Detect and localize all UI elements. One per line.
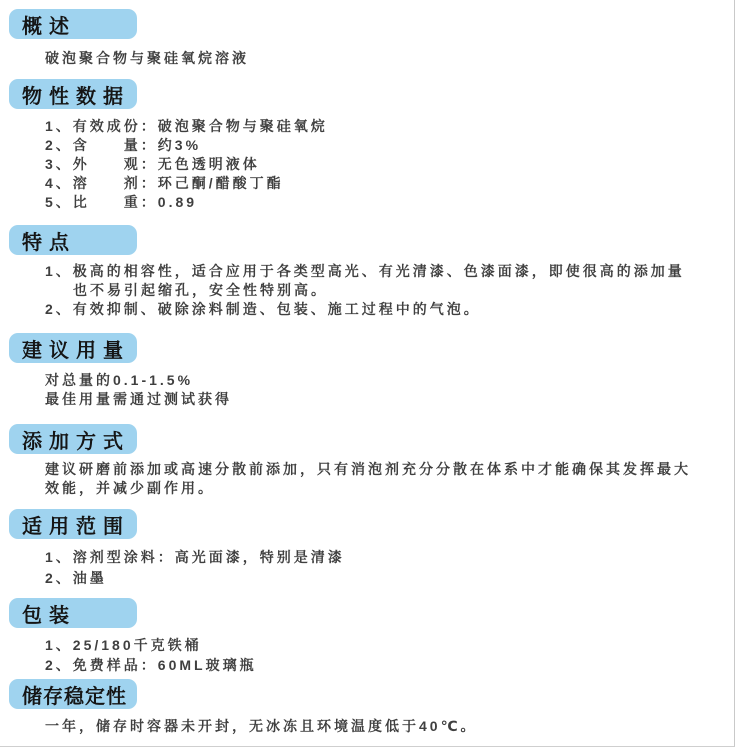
section-addition-method: 添加方式 建议研磨前添加或高速分散前添加，只有消泡剂充分分散在体系中才能确保其发… bbox=[0, 424, 734, 498]
recommended-dosage-content: 对总量的0.1-1.5% 最佳用量需通过测试获得 bbox=[0, 371, 734, 409]
text-line: 破泡聚合物与聚硅氧烷溶液 bbox=[45, 49, 734, 68]
packaging-content: 1、25/180千克铁桶 2、免费样品：60ML玻璃瓶 bbox=[0, 635, 734, 675]
list-item: 5、比 重：0.89 bbox=[45, 193, 734, 212]
section-packaging: 包装 1、25/180千克铁桶 2、免费样品：60ML玻璃瓶 bbox=[0, 598, 734, 675]
overview-header: 概述 bbox=[9, 9, 137, 39]
section-recommended-dosage: 建议用量 对总量的0.1-1.5% 最佳用量需通过测试获得 bbox=[0, 333, 734, 409]
overview-content: 破泡聚合物与聚硅氧烷溶液 bbox=[0, 49, 734, 68]
section-physical-data: 物性数据 1、有效成份：破泡聚合物与聚硅氧烷 2、含 量：约3% 3、外 观：无… bbox=[0, 79, 734, 212]
product-spec-page: 概述 破泡聚合物与聚硅氧烷溶液 物性数据 1、有效成份：破泡聚合物与聚硅氧烷 2… bbox=[0, 0, 735, 747]
text-line: 最佳用量需通过测试获得 bbox=[45, 390, 734, 409]
addition-method-header: 添加方式 bbox=[9, 424, 137, 454]
text-line: 效能，并减少副作用。 bbox=[45, 479, 734, 498]
text-line: 对总量的0.1-1.5% bbox=[45, 371, 734, 390]
features-content: 1、极高的相容性，适合应用于各类型高光、有光清漆、色漆面漆，即使很高的添加量 也… bbox=[0, 262, 734, 319]
section-features: 特点 1、极高的相容性，适合应用于各类型高光、有光清漆、色漆面漆，即使很高的添加… bbox=[0, 225, 734, 319]
section-title: 特点 bbox=[22, 226, 76, 255]
list-item: 2、油墨 bbox=[45, 568, 734, 589]
section-title: 储存稳定性 bbox=[22, 680, 127, 709]
text-line: 一年，储存时容器未开封，无冰冻且环境温度低于40℃。 bbox=[45, 717, 734, 736]
application-scope-content: 1、溶剂型涂料：高光面漆，特别是清漆 2、油墨 bbox=[0, 547, 734, 589]
section-overview: 概述 破泡聚合物与聚硅氧烷溶液 bbox=[0, 9, 734, 68]
section-title: 添加方式 bbox=[22, 425, 130, 454]
application-scope-header: 适用范围 bbox=[9, 509, 137, 539]
features-header: 特点 bbox=[9, 225, 137, 255]
list-item: 2、有效抑制、破除涂料制造、包装、施工过程中的气泡。 bbox=[45, 300, 734, 319]
text-line: 建议研磨前添加或高速分散前添加，只有消泡剂充分分散在体系中才能确保其发挥最大 bbox=[45, 460, 734, 479]
storage-stability-header: 储存稳定性 bbox=[9, 679, 137, 709]
section-application-scope: 适用范围 1、溶剂型涂料：高光面漆，特别是清漆 2、油墨 bbox=[0, 509, 734, 589]
physical-data-content: 1、有效成份：破泡聚合物与聚硅氧烷 2、含 量：约3% 3、外 观：无色透明液体… bbox=[0, 117, 734, 212]
section-title: 物性数据 bbox=[22, 80, 130, 109]
list-item-continuation: 也不易引起缩孔，安全性特别高。 bbox=[45, 281, 734, 300]
list-item: 1、25/180千克铁桶 bbox=[45, 635, 734, 655]
list-item: 1、溶剂型涂料：高光面漆，特别是清漆 bbox=[45, 547, 734, 568]
packaging-header: 包装 bbox=[9, 598, 137, 628]
list-item: 2、含 量：约3% bbox=[45, 136, 734, 155]
list-item: 1、有效成份：破泡聚合物与聚硅氧烷 bbox=[45, 117, 734, 136]
list-item: 3、外 观：无色透明液体 bbox=[45, 155, 734, 174]
section-title: 适用范围 bbox=[22, 510, 130, 539]
section-title: 建议用量 bbox=[22, 334, 130, 363]
addition-method-content: 建议研磨前添加或高速分散前添加，只有消泡剂充分分散在体系中才能确保其发挥最大 效… bbox=[0, 460, 734, 498]
list-item: 1、极高的相容性，适合应用于各类型高光、有光清漆、色漆面漆，即使很高的添加量 bbox=[45, 262, 734, 281]
section-storage-stability: 储存稳定性 一年，储存时容器未开封，无冰冻且环境温度低于40℃。 bbox=[0, 679, 734, 736]
list-item: 2、免费样品：60ML玻璃瓶 bbox=[45, 655, 734, 675]
section-title: 概述 bbox=[22, 10, 76, 39]
recommended-dosage-header: 建议用量 bbox=[9, 333, 137, 363]
physical-data-header: 物性数据 bbox=[9, 79, 137, 109]
storage-stability-content: 一年，储存时容器未开封，无冰冻且环境温度低于40℃。 bbox=[0, 717, 734, 736]
list-item: 4、溶 剂：环己酮/醋酸丁酯 bbox=[45, 174, 734, 193]
section-title: 包装 bbox=[22, 599, 76, 628]
